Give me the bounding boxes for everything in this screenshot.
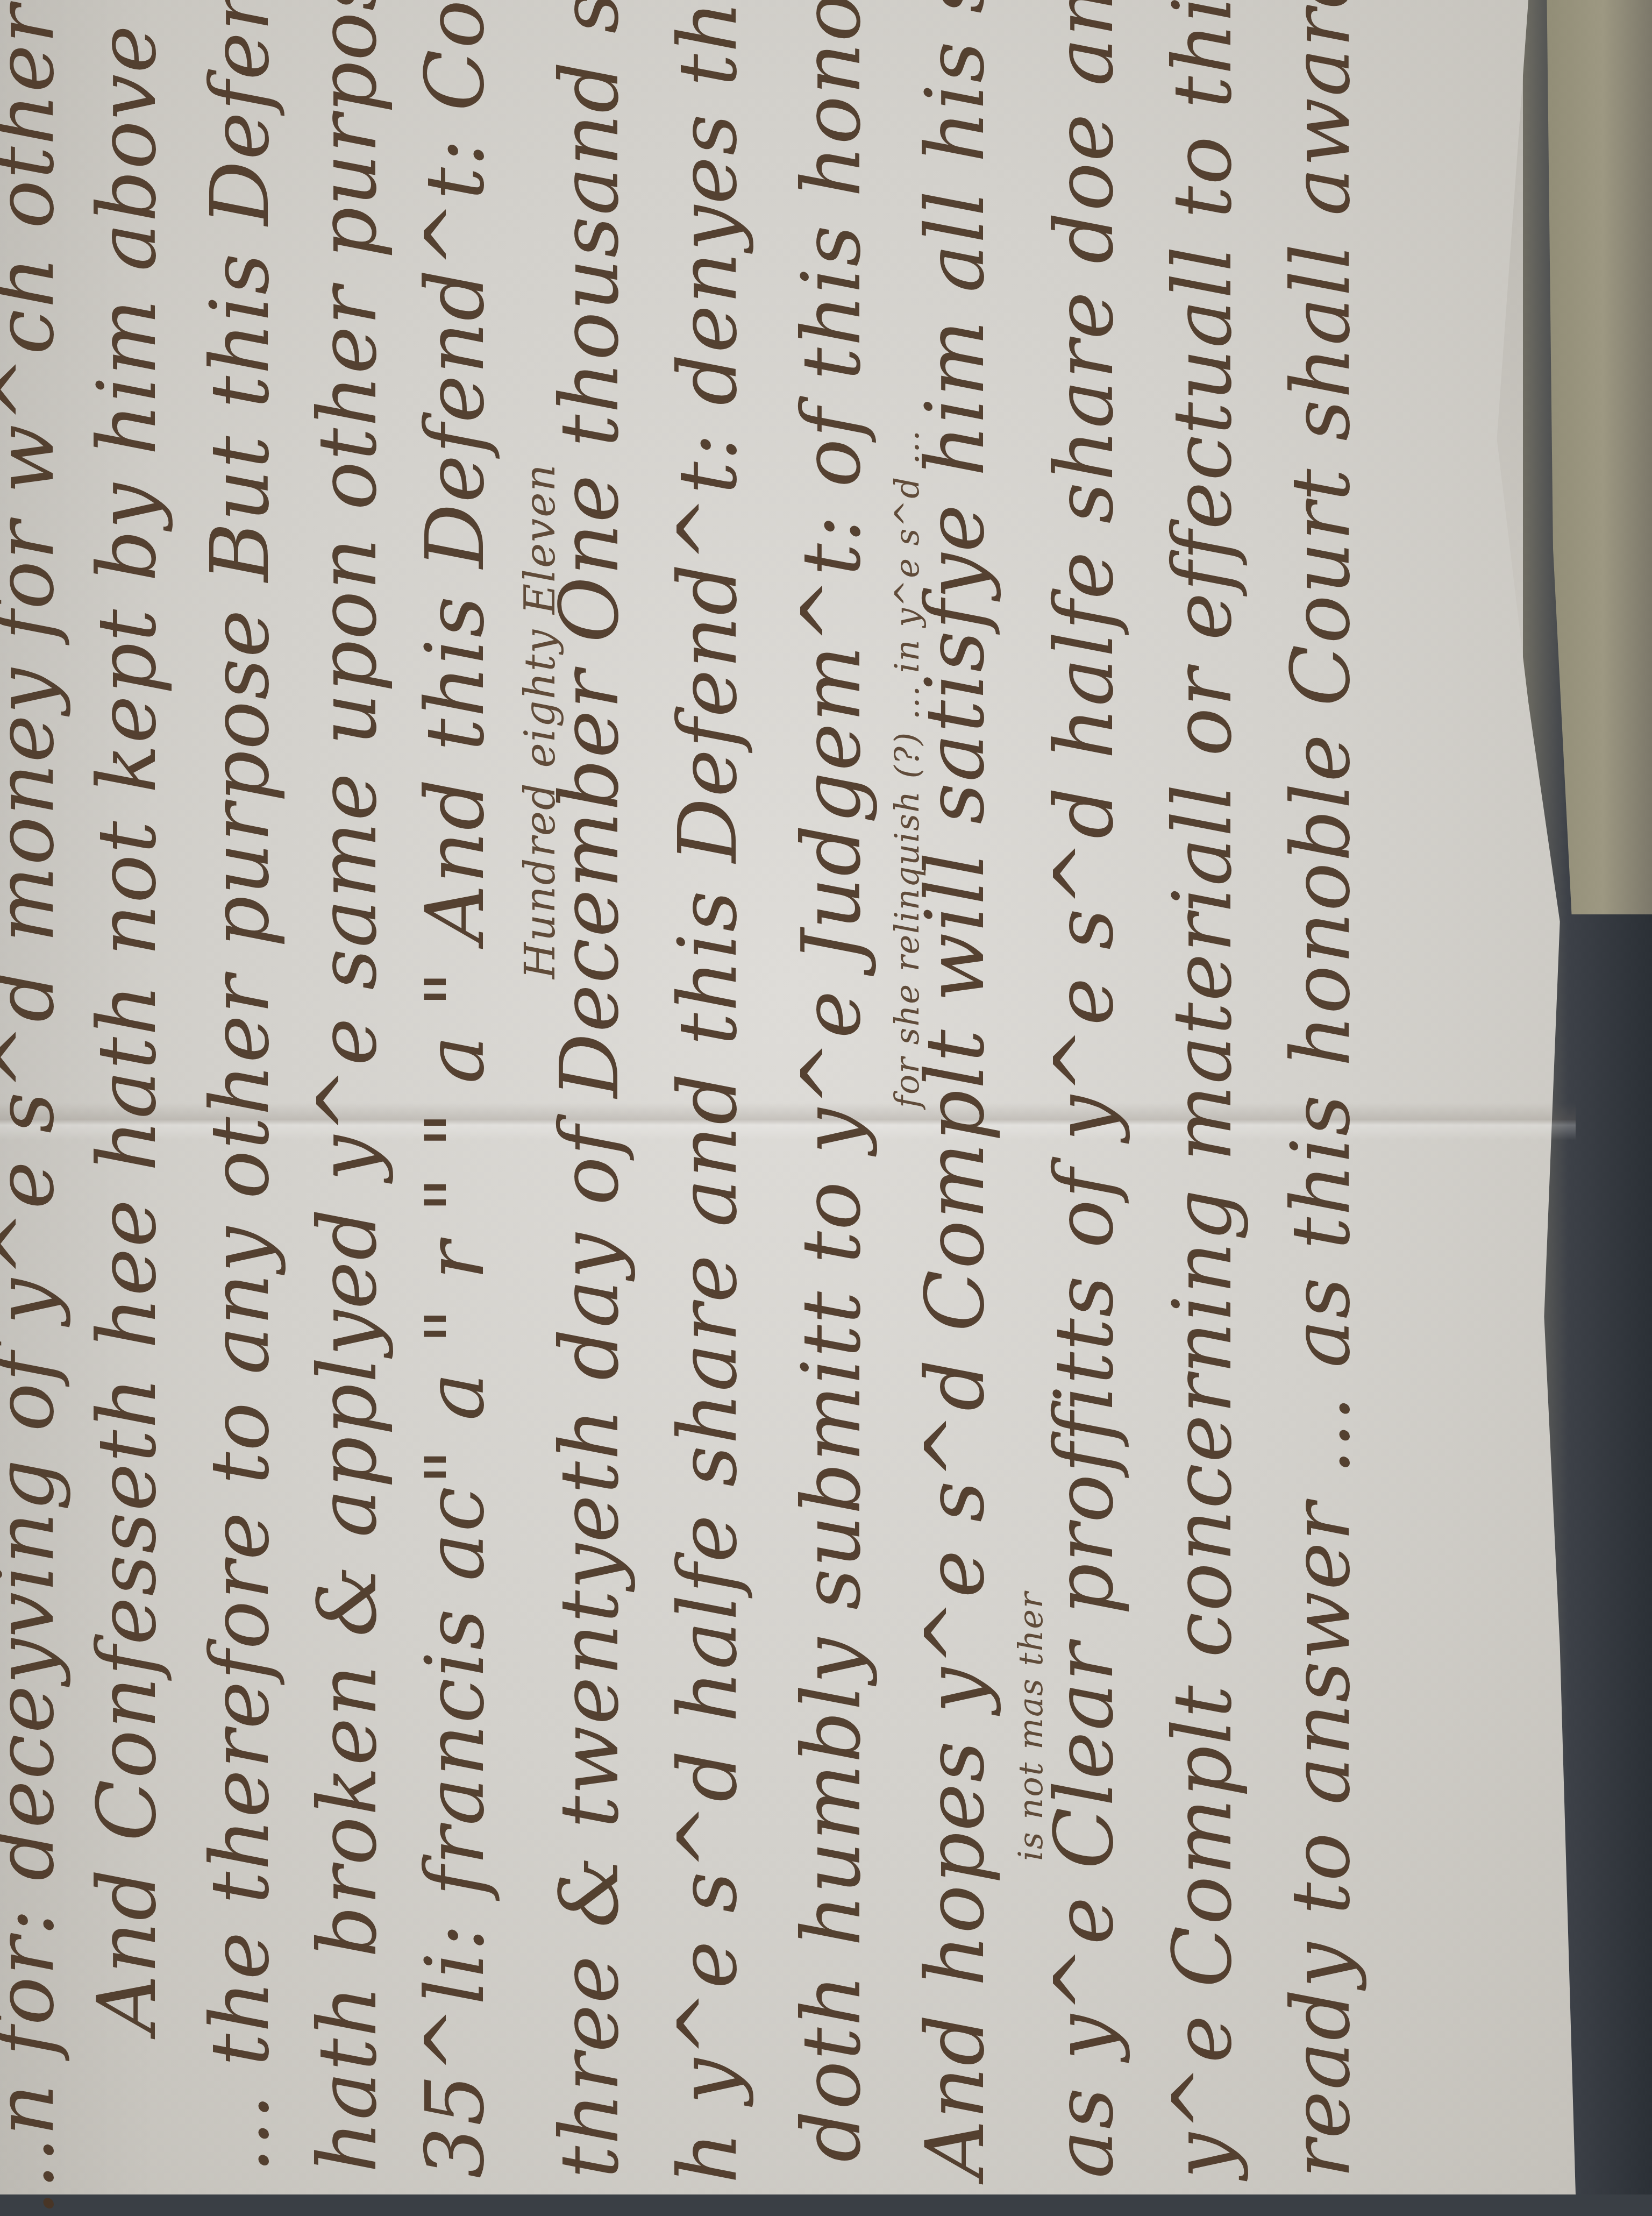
manuscript-line: And hopes y^e s^d Complt will satisfye h… — [909, 0, 1002, 2178]
manuscript-line: ... the therefore to any other purpose B… — [194, 0, 287, 2173]
manuscript-line: as y^e Clear proffitts of y^e s^d halfe … — [1038, 0, 1131, 2178]
manuscript-line: 35^li: francis ac" a " r " " a " And thi… — [409, 0, 502, 2178]
manuscript-text: ...n for: deceyving of y^e s^d money for… — [0, 0, 1576, 2194]
manuscript-line: And Confesseth hee hath not kept by him … — [81, 0, 174, 2033]
manuscript-line: h y^e s^d halfe share and this Defend^t:… — [661, 0, 755, 2184]
photo-stage: ...n for: deceyving of y^e s^d money for… — [0, 0, 1652, 2194]
manuscript-line: y^e Complt concerning materiall or effec… — [1156, 0, 1250, 2178]
manuscript-line: three & twentyeth day of December One th… — [543, 0, 637, 2178]
manuscript-line: hath broken & applyed y^e same upon othe… — [301, 0, 395, 2173]
manuscript-line: ready to answer ... as this honoble Cour… — [1274, 0, 1368, 2178]
manuscript-line: doth humbly submitt to y^e Judgem^t: of … — [785, 0, 879, 2162]
manuscript-line: ...n for: deceyving of y^e s^d money for… — [0, 0, 72, 2194]
